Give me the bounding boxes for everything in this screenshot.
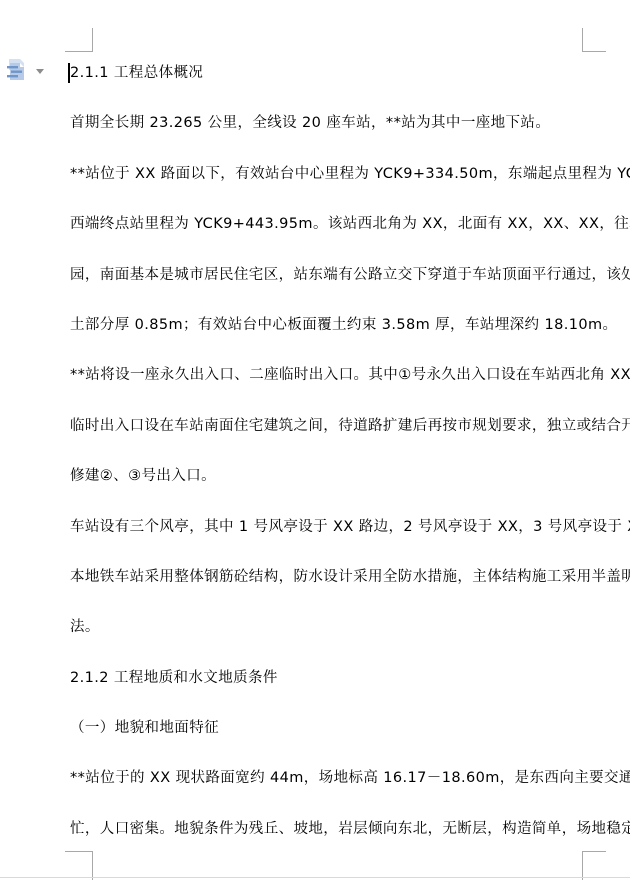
- document-line: 首期全长期 23.265 公里，全线设 20 座车站，**站为其中一座地下站。: [70, 98, 597, 148]
- heading-2-1-2: 2.1.2 工程地质和水文地质条件: [70, 653, 597, 703]
- document-text-block: 2.1.1 工程总体概况 首期全长期 23.265 公里，全线设 20 座车站，…: [70, 48, 597, 854]
- document-line: 土部分厚 0.85m；有效站台中心板面覆土约束 3.58m 厚，车站埋深约 18…: [70, 300, 597, 350]
- document-line: 本地铁车站采用整体钢筋砼结构，防水设计采用全防水措施，主体结构施工采用半盖明挖顺…: [70, 552, 597, 602]
- document-line: 西端终点站里程为 YCK9+443.95m。该站西北角为 XX，北面有 XX，X…: [70, 199, 597, 249]
- text-boundary-mark-bottom-right: [582, 851, 606, 880]
- text-cursor: [68, 63, 70, 83]
- document-line: 园，南面基本是城市居民住宅区，站东端有公路立交下穿道于车站顶面平行通过，该处站顶…: [70, 250, 597, 300]
- document-line: 忙，人口密集。地貌条件为残丘、坡地，岩层倾向东北，无断层，构造简单，场地稳定。: [70, 804, 597, 854]
- document-line: **站将设一座永久出入口、二座临时出入口。其中①号永久出入口设在车站西北角 XX…: [70, 350, 597, 400]
- text-boundary-mark-bottom-left: [65, 851, 93, 880]
- document-line: **站位于的 XX 现状路面宽约 44m，场地标高 16.17－18.60m，是…: [70, 753, 597, 803]
- document-line: 车站设有三个风亭，其中 1 号风亭设于 XX 路边，2 号风亭设于 XX，3 号…: [70, 502, 597, 552]
- page-bottom-divider: [0, 877, 630, 878]
- heading-2-1-1: 2.1.1 工程总体概况: [70, 48, 597, 98]
- paste-options-button[interactable]: [4, 57, 48, 85]
- document-line: **站位于 XX 路面以下，有效站台中心里程为 YCK9+334.50m，东端起…: [70, 149, 597, 199]
- chevron-down-icon: [36, 69, 44, 74]
- document-line: 修建②、③号出入口。: [70, 451, 597, 501]
- heading-2-1-1-text: 2.1.1 工程总体概况: [70, 65, 203, 81]
- document-page: 2.1.1 工程总体概况 首期全长期 23.265 公里，全线设 20 座车站，…: [0, 0, 630, 882]
- document-line: 法。: [70, 602, 597, 652]
- subheading-dimao: （一）地貌和地面特征: [70, 703, 597, 753]
- document-line: 临时出入口设在车站南面住宅建筑之间，待道路扩建后再按市规划要求，独立或结合开发建…: [70, 401, 597, 451]
